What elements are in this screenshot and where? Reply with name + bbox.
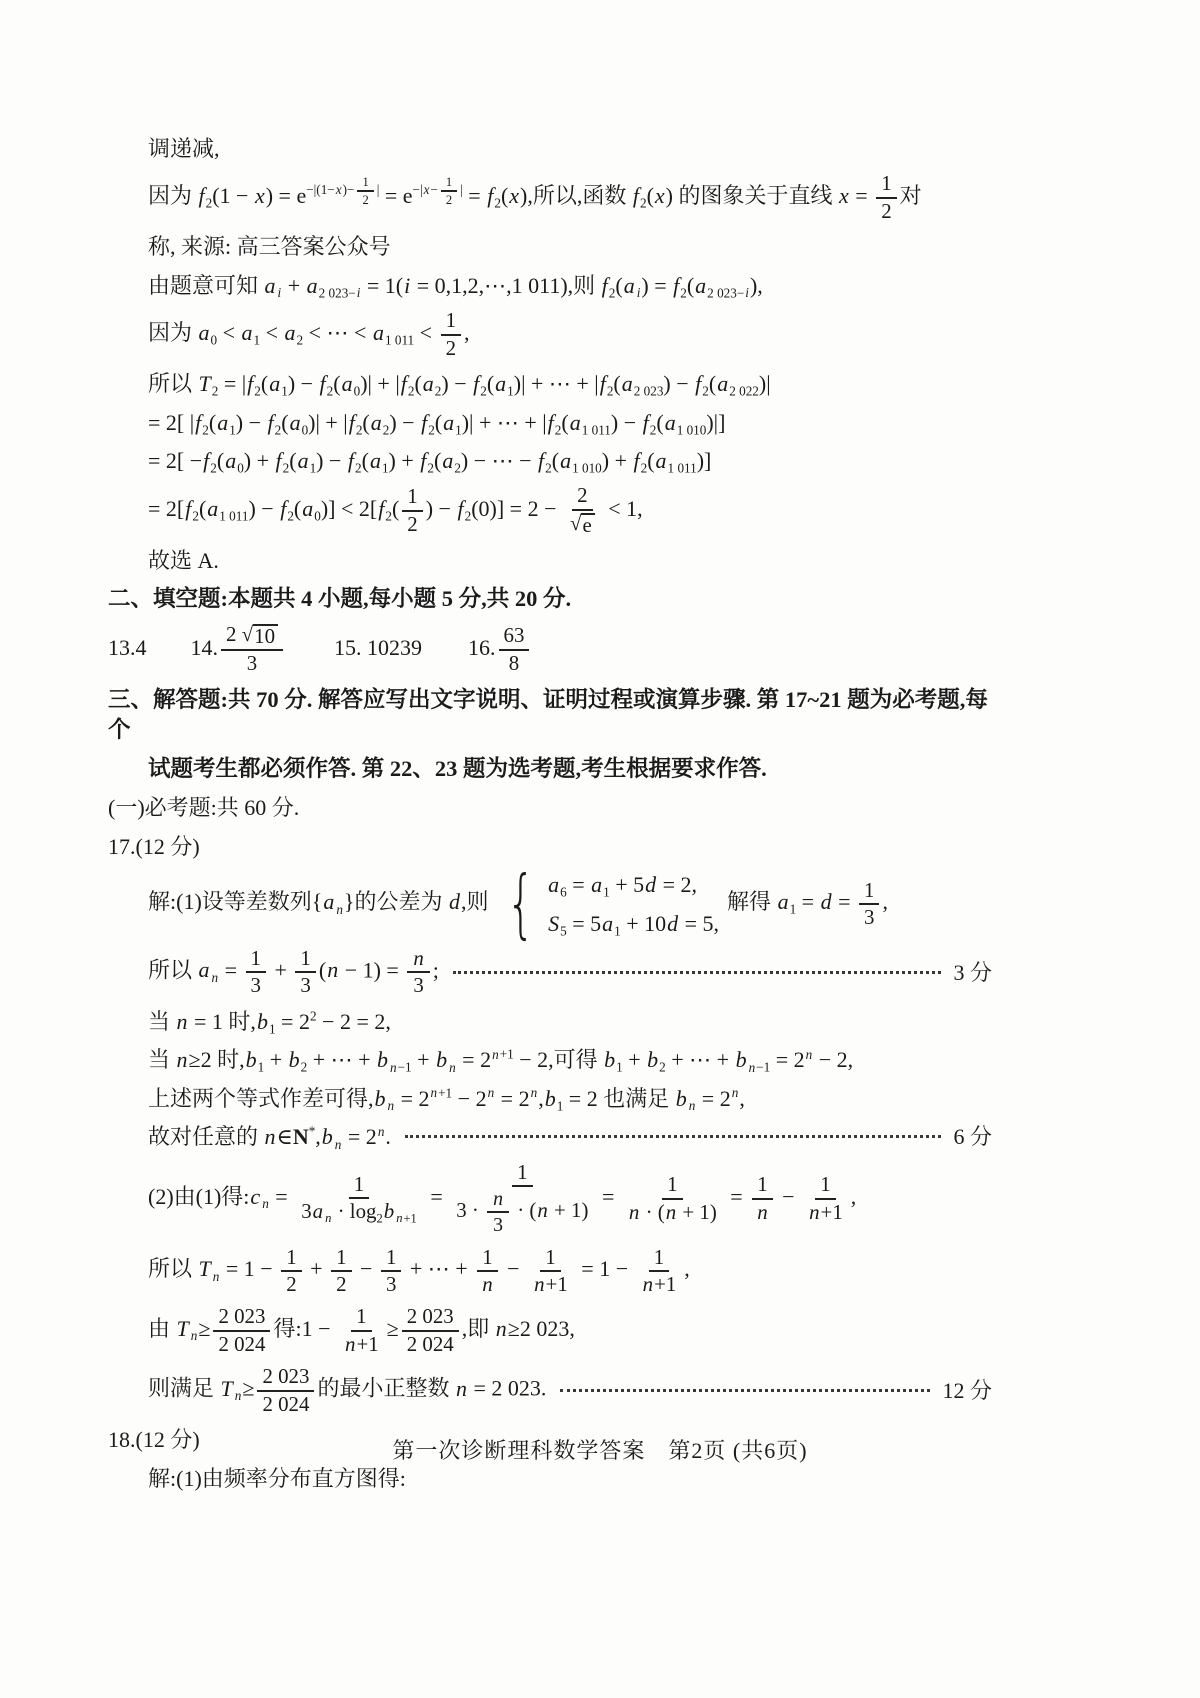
math-variable: a xyxy=(198,320,211,345)
text-run: · ( xyxy=(640,1200,664,1224)
math-variable: f xyxy=(537,448,545,473)
text-run: 2 023− xyxy=(319,285,356,300)
math-variable: n xyxy=(344,1332,356,1356)
text-run: ≥2 时, xyxy=(189,1047,245,1072)
text-run: 1 xyxy=(336,1245,346,1269)
text-run: = xyxy=(567,872,590,897)
text-run: 由题意可知 xyxy=(148,273,264,298)
text-run: = 2[ xyxy=(148,496,184,521)
math-variable: f xyxy=(267,410,275,435)
line-content: 由 Tn≥2 0232 024得:1 − 1n+1≥2 0232 024,即 n… xyxy=(148,1316,575,1341)
text-run: ≥ xyxy=(242,1376,254,1401)
math-variable: a xyxy=(441,448,454,473)
text-run: 得:1 − xyxy=(273,1316,336,1341)
math-variable: a xyxy=(297,448,310,473)
text-run: e xyxy=(582,513,591,537)
fraction: 1n+1 xyxy=(803,1173,848,1224)
dotted-leader xyxy=(453,971,942,974)
text-run: − xyxy=(777,1184,800,1209)
text-line: 解:(1)由频率分布直方图得: xyxy=(108,1464,992,1493)
text-run: 2 xyxy=(494,196,501,211)
text-run: , xyxy=(882,889,888,914)
fraction: 13 xyxy=(246,947,266,998)
text-run: 的最小正整数 xyxy=(317,1376,455,1401)
fraction-denominator: 8 xyxy=(504,651,524,675)
subscript: 2 xyxy=(202,422,209,437)
math-variable: d xyxy=(666,911,679,936)
subscript: 2 023−i xyxy=(319,285,362,300)
subscript: 6 xyxy=(560,885,567,900)
text-run: 2 xyxy=(376,1211,382,1225)
text-run: 1 xyxy=(455,422,462,437)
text-run: 1 xyxy=(446,308,456,332)
math-variable: a xyxy=(370,410,383,435)
text-run: = xyxy=(270,1184,293,1209)
text-run: )| + | xyxy=(308,410,348,435)
line-content: 因为 a0 < a1 < a2 < ⋯ < a1 011 < 12, xyxy=(148,320,470,345)
subscript: 2 xyxy=(428,422,435,437)
math-variable: b xyxy=(675,1086,688,1111)
fraction-numerator: 1 xyxy=(402,485,422,511)
math-variable: c xyxy=(249,1184,261,1209)
math-variable: T xyxy=(176,1316,190,1341)
text-run: 对 xyxy=(900,183,922,208)
subscript: n xyxy=(688,1098,697,1113)
score-label: 12 分 xyxy=(942,1376,992,1405)
fraction-numerator: 2 xyxy=(572,484,592,510)
math-variable: a xyxy=(716,371,729,396)
subscript: 1 xyxy=(382,461,389,476)
math-variable: a xyxy=(601,911,614,936)
text-line: = 2[f2(a1 011) − f2(a0)] < 2[f2(12) − f2… xyxy=(108,484,992,536)
math-variable: n xyxy=(492,1188,504,1210)
text-run: 3 xyxy=(300,973,310,997)
text-run: 2 xyxy=(446,193,452,207)
math-variable: a xyxy=(372,320,385,345)
math-variable: a xyxy=(301,496,314,521)
text-run: 2 xyxy=(881,199,891,223)
math-variable: a xyxy=(569,410,582,435)
fraction: 2 0232 024 xyxy=(213,1305,270,1356)
text-run: 由 xyxy=(148,1316,176,1341)
text-run: ; xyxy=(433,957,439,982)
text-run: ( xyxy=(656,410,663,435)
text-run: 3 xyxy=(251,973,261,997)
subscript: 1 xyxy=(229,422,236,437)
text-run: ) − xyxy=(611,410,642,435)
text-run: = 2, xyxy=(657,872,697,897)
text-line: 二、填空题:本题共 4 小题,每小题 5 分,共 20 分. xyxy=(108,584,992,614)
math-variable: b xyxy=(245,1047,258,1072)
system-row: S5 = 5a1 + 10d = 5, xyxy=(547,909,719,938)
math-variable: T xyxy=(220,1376,234,1401)
text-run: 所以 xyxy=(148,371,198,396)
math-variable: x xyxy=(838,183,850,208)
text-run: ) + xyxy=(389,448,420,473)
line-content: 三、解答题:共 70 分. 解答应写出文字说明、证明过程或演算步骤. 第 17~… xyxy=(108,687,988,742)
fraction: 2√e xyxy=(565,484,600,536)
text-line: (一)必考题:共 60 分. xyxy=(108,793,992,822)
text-run: ≥ xyxy=(387,1316,399,1341)
subscript: 2 xyxy=(427,461,434,476)
text-run: ),所以,函数 xyxy=(520,183,632,208)
text-run: ) − xyxy=(316,448,347,473)
math-variable: a xyxy=(777,889,790,914)
text-run: 1 xyxy=(603,885,610,900)
subscript: n−1 xyxy=(748,1060,771,1075)
subscript: 1 xyxy=(455,422,462,437)
math-variable: b xyxy=(256,1009,269,1034)
math-variable: b xyxy=(376,1047,389,1072)
text-run: 1 xyxy=(354,1172,364,1196)
text-line: 所以 an = 13 + 13(n − 1) = n3;3 分 xyxy=(108,947,992,998)
text-run: ≥2 023, xyxy=(508,1316,575,1341)
text-run: 二、填空题:本题共 4 小题,每小题 5 分,共 20 分. xyxy=(108,586,571,611)
math-variable: b xyxy=(288,1047,301,1072)
text-run: +1 xyxy=(403,1211,416,1225)
text-run: + 5 xyxy=(610,872,644,897)
text-line: 解:(1)设等差数列{an}的公差为 d,则{a6 = a1 + 5d = 2,… xyxy=(108,870,992,938)
text-run: (0)] = 2 − xyxy=(471,496,562,521)
fraction-numerator: 2 023 xyxy=(213,1305,270,1331)
subscript: 2 xyxy=(355,461,362,476)
math-variable: b xyxy=(435,1047,448,1072)
text-run: = xyxy=(425,1184,448,1209)
text-run: 1 xyxy=(386,1245,396,1269)
subscript: 2 xyxy=(287,508,294,523)
math-variable: n xyxy=(326,957,339,982)
text-run: 2 xyxy=(680,285,687,300)
text-run: 解得 xyxy=(727,889,777,914)
text-run: 2 xyxy=(254,384,261,399)
text-run: 1 011 xyxy=(668,461,697,476)
text-run: + xyxy=(264,1047,287,1072)
text-run: + xyxy=(305,1256,328,1281)
text-run: 0 xyxy=(237,461,244,476)
text-run: )− xyxy=(343,182,355,197)
fraction-denominator: 3 xyxy=(381,1272,401,1296)
text-run: 则满足 xyxy=(148,1376,220,1401)
text-run: + 1) xyxy=(549,1198,589,1222)
text-run: 2 xyxy=(362,193,368,207)
brace-icon: { xyxy=(506,874,535,934)
math-variable: a xyxy=(422,371,435,396)
text-run: = 2 xyxy=(770,1047,804,1072)
text-run: (1 − xyxy=(212,183,254,208)
text-run: 2 023 xyxy=(634,384,664,399)
math-variable: x xyxy=(654,183,666,208)
line-content: 所以 an = 13 + 13(n − 1) = n3; xyxy=(148,947,439,998)
math-variable: a xyxy=(655,448,668,473)
text-line: = 2[ −f2(a0) + f2(a1) − f2(a1) + f2(a2) … xyxy=(108,446,992,475)
line-content: 试题考生都必须作答. 第 22、23 题为选考题,考生根据要求作答. xyxy=(148,756,767,781)
fraction: 2 0232 024 xyxy=(257,1365,314,1416)
text-run: − 2 xyxy=(452,1086,486,1111)
math-variable: n xyxy=(808,1200,820,1224)
math-variable: n xyxy=(805,1047,814,1062)
text-run: 2 023 xyxy=(407,1304,454,1328)
text-run: 1 xyxy=(362,175,368,189)
text-line: 所以 Tn = 1 − 12 + 12 − 13 + ⋯ + 1n − 1n+1… xyxy=(108,1246,992,1297)
fraction-numerator: 1 xyxy=(281,1246,301,1272)
math-variable: n xyxy=(264,1124,277,1149)
text-line: (2)由(1)得:cn = 13an · log2bn+1 = 13 · n3 … xyxy=(108,1161,992,1237)
fraction-numerator: 1 xyxy=(512,1161,532,1187)
math-variable: a xyxy=(241,320,254,345)
text-run: = 2 023. xyxy=(468,1376,546,1401)
fraction-denominator: 2 xyxy=(357,192,373,207)
text-line: = 2[ |f2(a1) − f2(a0)| + |f2(a2) − f2(a1… xyxy=(108,408,992,437)
math-variable: a xyxy=(494,371,507,396)
subscript: 1 011 xyxy=(219,508,248,523)
fraction: 2 √103 xyxy=(221,623,283,675)
text-run: 1 011 xyxy=(219,508,248,523)
text-run: = 2 xyxy=(495,1086,529,1111)
horizontal-gap xyxy=(422,654,468,655)
text-run: 1 xyxy=(482,1245,492,1269)
fraction-denominator: 3 xyxy=(859,905,879,929)
math-variable: x xyxy=(508,183,520,208)
math-variable: n xyxy=(491,1047,500,1062)
subscript: 1 010 xyxy=(677,422,707,437)
subscript: 2 xyxy=(254,384,261,399)
line-content: = 2[ |f2(a1) − f2(a0)| + |f2(a2) − f2(a1… xyxy=(148,410,725,435)
text-run: 5 xyxy=(560,923,567,938)
radical-sign: √ xyxy=(570,513,581,537)
text-run: < xyxy=(217,320,240,345)
text-line: 当 n = 1 时,b1 = 22 − 2 = 2, xyxy=(108,1007,992,1036)
text-run: −|(1− xyxy=(306,182,335,197)
text-run: ) + xyxy=(602,448,633,473)
superscript: n xyxy=(805,1047,814,1062)
text-run: , xyxy=(464,320,470,345)
text-run: 15. 10239 xyxy=(334,635,422,660)
math-variable: f xyxy=(633,448,641,473)
fraction-denominator: 2 xyxy=(331,1272,351,1296)
fraction: 13 · n3 · (n + 1) xyxy=(451,1161,593,1237)
text-run: 2 xyxy=(659,1060,666,1075)
fraction-denominator: 3an · log2bn+1 xyxy=(296,1199,422,1225)
subscript: n xyxy=(387,1098,396,1113)
math-variable: a xyxy=(284,320,297,345)
fraction-denominator: n+1 xyxy=(528,1272,573,1296)
text-line: 三、解答题:共 70 分. 解答应写出文字说明、证明过程或演算步骤. 第 17~… xyxy=(108,685,992,745)
text-run: ≥ xyxy=(198,1316,210,1341)
math-variable: f xyxy=(348,410,356,435)
text-run: ) − ⋯ − xyxy=(461,448,537,473)
fraction-denominator: n xyxy=(751,1200,773,1224)
fraction: 1n+1 xyxy=(528,1246,573,1297)
math-variable: f xyxy=(400,371,408,396)
text-line: 称, 来源: 高三答案公众号 xyxy=(108,232,992,261)
text-run: + xyxy=(269,957,292,982)
text-run: 因为 xyxy=(148,183,198,208)
text-run: 解:(1)由频率分布直方图得: xyxy=(148,1466,406,1491)
fraction-numerator: 1 xyxy=(859,879,879,905)
text-run: 解:(1)设等差数列{ xyxy=(148,889,322,914)
text-line: 故对任意的 n∈N*,bn = 2n.6 分 xyxy=(108,1122,992,1151)
subscript: 2 xyxy=(192,508,199,523)
text-line: 则满足 Tn≥2 0232 024的最小正整数 n = 2 023.12 分 xyxy=(108,1365,992,1416)
text-run: 0 xyxy=(314,508,321,523)
subscript: 1 xyxy=(603,885,610,900)
math-variable: a xyxy=(264,273,277,298)
math-variable: a xyxy=(306,273,319,298)
text-run: +1 xyxy=(500,1047,514,1062)
subscript: 1 xyxy=(507,384,514,399)
subscript: n xyxy=(335,902,344,917)
text-run: . xyxy=(385,1124,391,1149)
system-row: a6 = a1 + 5d = 2, xyxy=(547,870,719,899)
text-run: +1 xyxy=(654,1272,676,1296)
text-run: 2 xyxy=(287,508,294,523)
text-run: = 2 xyxy=(696,1086,730,1111)
text-run: 1 xyxy=(614,923,621,938)
subscript: n xyxy=(448,1060,457,1075)
math-variable: a xyxy=(623,273,636,298)
fraction: 12 xyxy=(357,175,373,207)
fraction-denominator: n+1 xyxy=(339,1332,384,1356)
subscript: 1 011 xyxy=(668,461,697,476)
math-variable: a xyxy=(694,273,707,298)
text-run: + xyxy=(412,1047,435,1072)
fraction-numerator: 1 xyxy=(349,1173,369,1199)
text-run: = 2 xyxy=(342,1124,376,1149)
text-run: 1 xyxy=(757,1172,767,1196)
text-run: 1 xyxy=(881,171,891,195)
text-line: 17.(12 分) xyxy=(108,832,992,861)
superscript: n+1 xyxy=(430,1085,453,1100)
dotted-leader xyxy=(560,1389,930,1392)
text-run: = 1 − xyxy=(220,1256,278,1281)
text-run: = 5 xyxy=(567,911,601,936)
text-run: 1 xyxy=(251,946,261,970)
text-run: )|] xyxy=(706,410,725,435)
math-variable: n xyxy=(481,1272,493,1296)
square-root: √e xyxy=(570,513,595,537)
text-run: 1 xyxy=(654,1245,664,1269)
text-run: , xyxy=(684,1256,690,1281)
fraction-denominator: 2 xyxy=(402,512,422,536)
math-variable: n xyxy=(387,1098,396,1113)
math-variable: a xyxy=(442,410,455,435)
fraction-denominator: √e xyxy=(565,511,600,537)
text-run: 13.4 xyxy=(108,635,147,660)
line-content: (一)必考题:共 60 分. xyxy=(108,795,299,820)
text-run: − 1) = xyxy=(339,957,404,982)
superscript: −|(1−x)−12| xyxy=(306,182,379,197)
subscript: 1 011 xyxy=(385,332,414,347)
line-content: 上述两个等式作差可得,bn = 2n+1 − 2n = 2n,b1 = 2 也满… xyxy=(148,1086,745,1111)
text-run: 1 xyxy=(864,878,874,902)
text-run: 称, 来源: 高三答案公众号 xyxy=(148,234,391,259)
text-run: ( xyxy=(289,448,296,473)
superscript: n+1 xyxy=(491,1047,514,1062)
subscript: 1 xyxy=(281,384,288,399)
line-content: 因为 f2(1 − x) = e−|(1−x)−12| = e−|x−12| =… xyxy=(148,183,922,208)
text-run: }的公差为 xyxy=(344,889,448,914)
text-run: 63 xyxy=(504,623,525,647)
superscript: n xyxy=(530,1085,539,1100)
text-run: )] xyxy=(697,448,712,473)
fraction-numerator: 1 xyxy=(815,1173,835,1199)
fraction-denominator: n · (n + 1) xyxy=(623,1200,722,1224)
text-run: 1 xyxy=(269,1021,276,1036)
fraction-denominator: 2 024 xyxy=(257,1392,314,1416)
fraction: 12 xyxy=(331,1246,351,1297)
text-run: 1 010 xyxy=(677,422,707,437)
line-content: 解:(1)由频率分布直方图得: xyxy=(148,1466,406,1491)
line-content: 当 n≥2 时,b1 + b2 + ⋯ + bn−1 + bn = 2n+1 −… xyxy=(148,1047,853,1072)
text-run: ( xyxy=(561,410,568,435)
text-run: 2 xyxy=(226,622,242,646)
text-run: 3 xyxy=(247,651,257,675)
math-variable: a xyxy=(206,496,219,521)
text-run: ,则 xyxy=(461,889,489,914)
text-run: ∈ xyxy=(277,1124,293,1149)
horizontal-gap xyxy=(286,654,334,655)
subscript: 2 022 xyxy=(729,384,759,399)
text-run: ) − xyxy=(441,371,472,396)
text-run: + 1) xyxy=(677,1200,717,1224)
text-run: = 2[ − xyxy=(148,448,202,473)
fraction-numerator: 1 xyxy=(477,1246,497,1272)
fraction-denominator: 3 xyxy=(488,1213,508,1236)
fraction: 2 0232 024 xyxy=(402,1305,459,1356)
line-content: = 2[ −f2(a0) + f2(a1) − f2(a1) + f2(a2) … xyxy=(148,448,711,473)
text-run: ) 的图象关于直线 xyxy=(666,183,838,208)
text-run: 3 xyxy=(386,1272,396,1296)
math-variable: a xyxy=(289,410,302,435)
text-run: 2 xyxy=(286,1272,296,1296)
text-run: < xyxy=(414,320,437,345)
subscript: 1 xyxy=(269,1021,276,1036)
text-run: 调递减, xyxy=(148,136,220,161)
text-run: 因为 xyxy=(148,320,198,345)
math-variable: n xyxy=(756,1200,768,1224)
text-run: + 10 xyxy=(621,911,666,936)
score-label: 6 分 xyxy=(953,1122,992,1151)
fraction: 13 xyxy=(381,1246,401,1297)
math-variable: a xyxy=(341,371,354,396)
fraction-denominator: n+1 xyxy=(637,1272,682,1296)
fraction-numerator: 1 xyxy=(351,1305,371,1331)
text-run: 2 024 xyxy=(407,1332,454,1356)
text-line: 由题意可知 ai + a2 023−i = 1(i = 0,1,2,⋯,1 01… xyxy=(108,271,992,300)
text-run: = 2 xyxy=(457,1047,491,1072)
text-run: < 1, xyxy=(603,496,643,521)
text-run: 2 xyxy=(202,422,209,437)
text-run: ,即 xyxy=(462,1316,495,1341)
superscript: n xyxy=(487,1085,496,1100)
text-run: 2 xyxy=(407,512,417,536)
subscript: 0 xyxy=(237,461,244,476)
fraction-denominator: 2 024 xyxy=(402,1332,459,1356)
math-variable: b xyxy=(383,1199,395,1223)
line-content: 故选 A. xyxy=(148,548,219,573)
text-run: 1 xyxy=(820,1172,830,1196)
text-run: = 1 − xyxy=(576,1256,634,1281)
subscript: 2 xyxy=(454,461,461,476)
text-run: 上述两个等式作差可得, xyxy=(148,1086,374,1111)
math-variable: f xyxy=(275,448,283,473)
fraction: n3 xyxy=(487,1188,509,1236)
fraction: 1n+1 xyxy=(637,1246,682,1297)
text-line: 当 n≥2 时,b1 + b2 + ⋯ + bn−1 + bn = 2n+1 −… xyxy=(108,1045,992,1074)
fraction-numerator: 1 xyxy=(381,1246,401,1272)
text-line: 由 Tn≥2 0232 024得:1 − 1n+1≥2 0232 024,即 n… xyxy=(108,1305,992,1356)
subscript: 2 xyxy=(376,1211,382,1225)
